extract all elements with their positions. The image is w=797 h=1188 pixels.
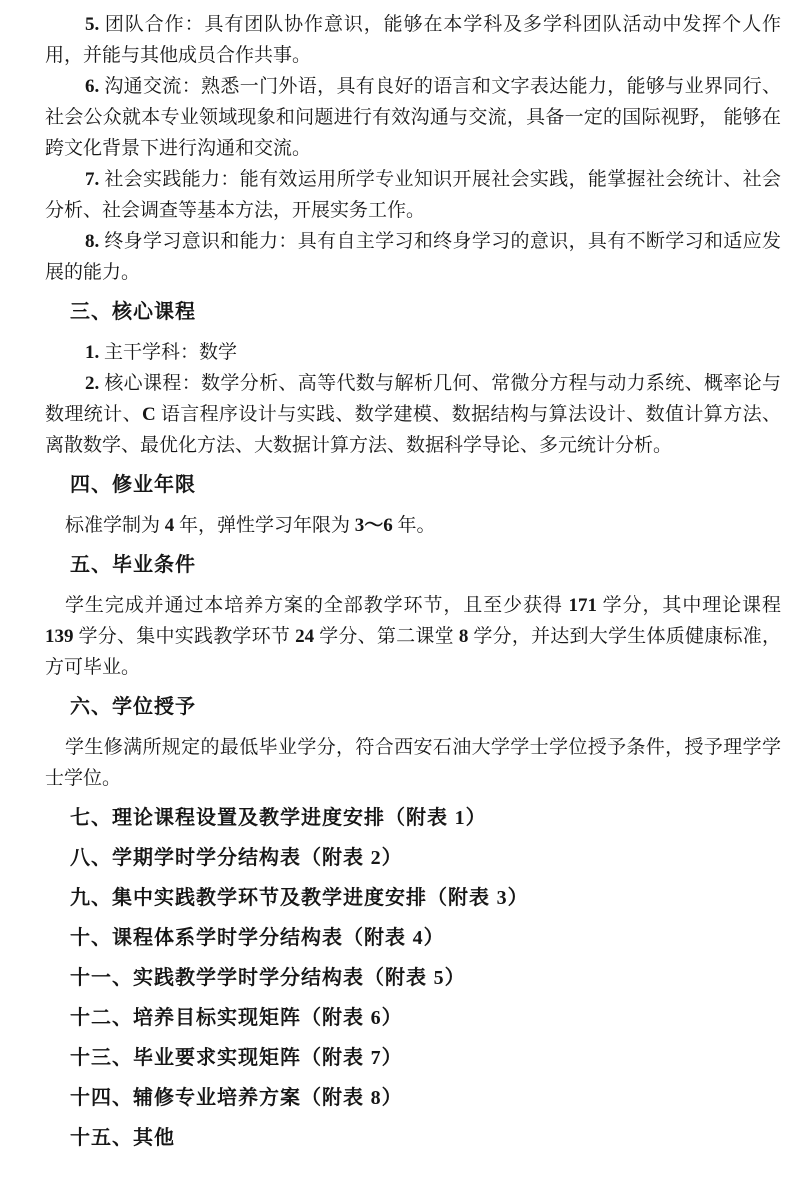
text-run: 7 — [371, 1047, 382, 1069]
text-run: 三、核心课程 — [70, 301, 196, 323]
text-run: ） — [508, 887, 529, 909]
text-run: 4 — [165, 515, 175, 536]
text-run: 2 — [371, 847, 382, 869]
core-course-list: 2. 核心课程：数学分析、高等代数与解析几何、常微分方程与动力系统、概率论与数理… — [45, 368, 781, 461]
text-run: 8 — [371, 1087, 382, 1109]
section-13-graduation-requirement-matrix-heading: 十三、毕业要求实现矩阵（附表 7） — [45, 1043, 781, 1074]
text-run: 171 — [569, 595, 598, 616]
text-run: 8 — [459, 626, 469, 647]
text-run: 2. — [85, 373, 104, 394]
document-blocks: 5. 团队合作：具有团队协作意识，能够在本学科及多学科团队活动中发挥个人作用，并… — [0, 0, 797, 1188]
text-run: 7. — [85, 169, 104, 190]
text-run: 学生修满所规定的最低毕业学分，符合西安石油大学学士学位授予条件，授予理学学士学位… — [45, 737, 781, 789]
section-12-training-goal-matrix-heading: 十二、培养目标实现矩阵（附表 6） — [45, 1003, 781, 1034]
text-run: 十一、实践教学学时学分结构表（附表 — [70, 967, 434, 989]
text-run: 主干学科：数学 — [104, 342, 237, 363]
text-run: ） — [382, 1007, 403, 1029]
section-10-course-system-structure-heading: 十、课程体系学时学分结构表（附表 4） — [45, 923, 781, 954]
text-run: 十、课程体系学时学分结构表（附表 — [70, 927, 413, 949]
text-run: 5 — [434, 967, 445, 989]
text-run: 社会实践能力：能有效运用所学专业知识开展社会实践，能掌握社会统计、社会分析、社会… — [45, 169, 781, 221]
item-7-social-practice: 7. 社会实践能力：能有效运用所学专业知识开展社会实践，能掌握社会统计、社会分析… — [45, 164, 781, 226]
text-run: 6. — [85, 76, 104, 97]
text-run: 6 — [371, 1007, 382, 1029]
text-run: 学生完成并通过本培养方案的全部教学环节，且至少获得 — [65, 595, 569, 616]
text-run: 十二、培养目标实现矩阵（附表 — [70, 1007, 371, 1029]
text-run: 七、理论课程设置及教学进度安排（附表 — [70, 807, 455, 829]
text-run: ） — [466, 807, 487, 829]
text-run: 十四、辅修专业培养方案（附表 — [70, 1087, 371, 1109]
section-9-practice-teaching-schedule-heading: 九、集中实践教学环节及教学进度安排（附表 3） — [45, 883, 781, 914]
item-6-communication: 6. 沟通交流：熟悉一门外语，具有良好的语言和文字表达能力，能够与业界同行、社会… — [45, 71, 781, 164]
degree-conferral-text: 学生修满所规定的最低毕业学分，符合西安石油大学学士学位授予条件，授予理学学士学位… — [45, 732, 781, 794]
section-5-graduation-conditions-heading: 五、毕业条件 — [45, 550, 781, 581]
section-8-semester-credit-structure-heading: 八、学期学时学分结构表（附表 2） — [45, 843, 781, 874]
main-discipline: 1. 主干学科：数学 — [45, 337, 781, 368]
text-run: 学分，其中理论课程 — [597, 595, 786, 616]
text-run: ） — [382, 1047, 403, 1069]
text-run: 沟通交流：熟悉一门外语，具有良好的语言和文字表达能力，能够与业界同行、社会公众就… — [45, 76, 781, 159]
document-page: 5. 团队合作：具有团队协作意识，能够在本学科及多学科团队活动中发挥个人作用，并… — [0, 0, 797, 1188]
text-run: 标准学制为 — [65, 515, 165, 536]
text-run: ） — [424, 927, 445, 949]
text-run: 年。 — [393, 515, 436, 536]
text-run: 139 — [45, 626, 74, 647]
text-run: 学分、集中实践教学环节 — [74, 626, 296, 647]
text-run: 学分、第二课堂 — [314, 626, 459, 647]
text-run: ） — [382, 847, 403, 869]
text-run: 24 — [295, 626, 314, 647]
text-run: 3～6 — [355, 515, 393, 536]
item-5-teamwork: 5. 团队合作：具有团队协作意识，能够在本学科及多学科团队活动中发挥个人作用，并… — [45, 9, 781, 71]
section-7-theory-courses-heading: 七、理论课程设置及教学进度安排（附表 1） — [45, 803, 781, 834]
item-8-lifelong-learning: 8. 终身学习意识和能力：具有自主学习和终身学习的意识，具有不断学习和适应发展的… — [45, 226, 781, 288]
section-4-study-duration-heading: 四、修业年限 — [45, 470, 781, 501]
text-run: 十三、毕业要求实现矩阵（附表 — [70, 1047, 371, 1069]
text-run: 5. — [85, 14, 105, 35]
text-run: 1 — [455, 807, 466, 829]
section-15-others-heading: 十五、其他 — [45, 1123, 781, 1154]
section-3-core-courses-heading: 三、核心课程 — [45, 297, 781, 328]
text-run: 五、毕业条件 — [70, 554, 196, 576]
text-run: 3 — [497, 887, 508, 909]
study-duration-text: 标准学制为 4 年，弹性学习年限为 3～6 年。 — [45, 510, 781, 541]
graduation-conditions-text: 学生完成并通过本培养方案的全部教学环节，且至少获得 171 学分，其中理论课程 … — [45, 590, 781, 683]
text-run: C — [142, 404, 156, 425]
text-run: 团队合作：具有团队协作意识，能够在本学科及多学科团队活动中发挥个人作用，并能与其… — [45, 14, 781, 66]
text-run: 八、学期学时学分结构表（附表 — [70, 847, 371, 869]
text-run: 1. — [85, 342, 104, 363]
section-6-degree-conferral-heading: 六、学位授予 — [45, 692, 781, 723]
text-run: 8. — [85, 231, 104, 252]
text-run: 语言程序设计与实践、数学建模、数据结构与算法设计、数值计算方法、离散数学、最优化… — [45, 404, 781, 456]
text-run: 4 — [413, 927, 424, 949]
text-run: 九、集中实践教学环节及教学进度安排（附表 — [70, 887, 497, 909]
text-run: 终身学习意识和能力：具有自主学习和终身学习的意识，具有不断学习和适应发展的能力。 — [45, 231, 781, 283]
text-run: 六、学位授予 — [70, 696, 196, 718]
text-run: 年，弹性学习年限为 — [174, 515, 355, 536]
section-14-minor-program-heading: 十四、辅修专业培养方案（附表 8） — [45, 1083, 781, 1114]
text-run: 十五、其他 — [70, 1127, 175, 1149]
section-11-practice-credit-structure-heading: 十一、实践教学学时学分结构表（附表 5） — [45, 963, 781, 994]
text-run: ） — [445, 967, 466, 989]
text-run: 四、修业年限 — [70, 474, 196, 496]
text-run: ） — [382, 1087, 403, 1109]
